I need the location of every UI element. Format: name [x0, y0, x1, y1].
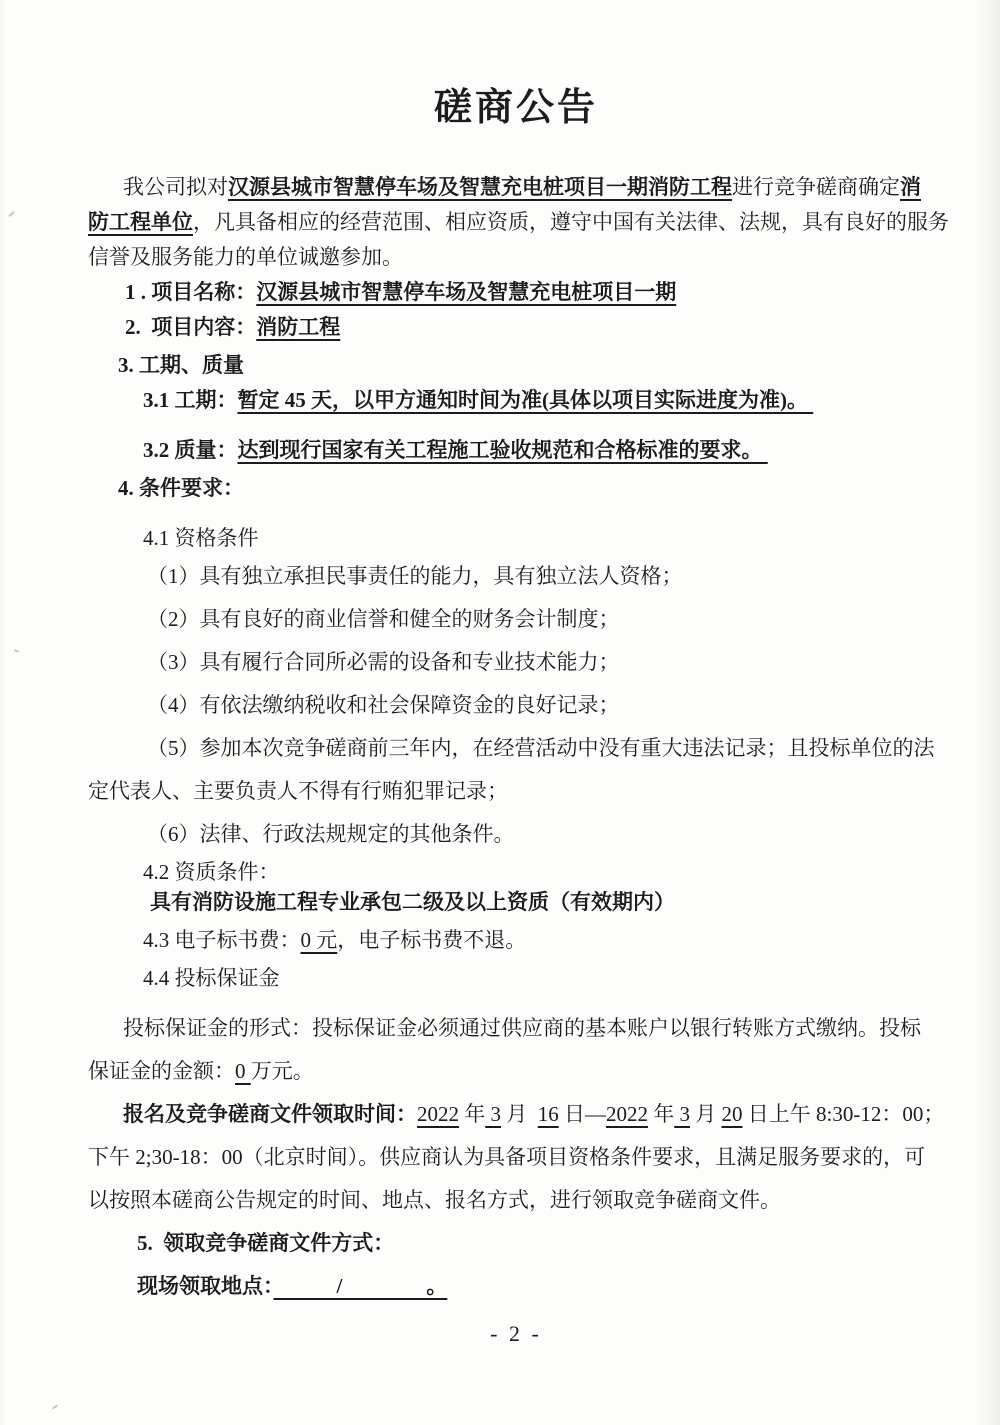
text-run: 具有消防设施工程专业承包二级及以上资质（有效期内）	[150, 890, 675, 914]
text-run: 0 元	[301, 928, 338, 952]
text-run: 消防工程	[256, 315, 340, 339]
paragraph-line: 以按照本磋商公告规定的时间、地点、报名方式，进行领取竞争磋商文件。	[88, 1185, 944, 1215]
text-run: 2022	[606, 1102, 648, 1126]
text-run: 3.1 工期：	[143, 388, 238, 412]
text-run: 3. 工期、质量	[118, 353, 244, 377]
text-run: 年	[648, 1102, 674, 1126]
text-run: 4.4 投标保证金	[143, 966, 280, 990]
text-run: 报名及竞争磋商文件领取时间：	[123, 1102, 417, 1126]
text-run: 1 . 项目名称：	[125, 280, 256, 304]
text-run: 万元。	[251, 1059, 314, 1083]
text-run: 年	[459, 1102, 485, 1126]
paragraph-line: 我公司拟对汉源县城市智慧停车场及智慧充电桩项目一期消防工程进行竞争磋商确定消	[123, 172, 944, 202]
text-run: 月	[690, 1102, 722, 1126]
text-run: 3.2 质量：	[143, 438, 238, 462]
text-run: （1）具有独立承担民事责任的能力，具有独立法人资格；	[147, 564, 683, 588]
text-run: （5）参加本次竞争磋商前三年内，在经营活动中没有重大违法记录；且投标单位的法	[147, 736, 935, 760]
text-run: 投标保证金的形式：投标保证金必须通过供应商的基本账户以银行转账方式缴纳。投标	[123, 1016, 921, 1040]
paragraph-line: 下午 2;30-18：00（北京时间）。供应商认为具备项目资格条件要求，且满足服…	[88, 1142, 944, 1172]
paragraph-line: 2. 项目内容：消防工程	[125, 312, 944, 342]
text-run: 日上午 8:30-12：00；	[743, 1102, 945, 1126]
text-run: （2）具有良好的商业信誉和健全的财务会计制度；	[147, 607, 620, 631]
text-run: 3	[674, 1102, 690, 1126]
text-run: / 。	[274, 1274, 448, 1298]
paragraph-line: 现场领取地点： / 。	[137, 1271, 944, 1301]
paragraph-line: 信誉及服务能力的单位诚邀参加。	[88, 242, 944, 272]
text-run: ，凡具备相应的经营范围、相应资质，遵守中国有关法律、法规，具有良好的服务	[193, 210, 949, 234]
text-run: 保证金的金额：	[88, 1059, 235, 1083]
text-run: 5. 领取竞争磋商文件方式：	[137, 1231, 394, 1255]
text-run: 2022	[417, 1102, 459, 1126]
document-page: 磋商公告 我公司拟对汉源县城市智慧停车场及智慧充电桩项目一期消防工程进行竞争磋商…	[0, 0, 1000, 1425]
text-run: 3	[485, 1102, 501, 1126]
text-run: 防工程单位	[88, 210, 193, 234]
text-run: 2. 项目内容：	[125, 315, 256, 339]
text-run: 暂定 45 天，以甲方通知时间为准(具体以项目实际进度为准)。	[238, 388, 814, 412]
text-run: 月	[501, 1102, 538, 1126]
text-run: 汉源县城市智慧停车场及智慧充电桩项目一期	[256, 280, 676, 304]
paragraph-line: （2）具有良好的商业信誉和健全的财务会计制度；	[147, 604, 944, 634]
document-body: 我公司拟对汉源县城市智慧停车场及智慧充电桩项目一期消防工程进行竞争磋商确定消防工…	[88, 172, 944, 1301]
paragraph-line: （6）法律、行政法规规定的其他条件。	[147, 819, 944, 849]
paragraph-line: 报名及竞争磋商文件领取时间：2022 年 3 月 16 日—2022 年 3 月…	[123, 1099, 944, 1129]
text-run: 以按照本磋商公告规定的时间、地点、报名方式，进行领取竞争磋商文件。	[88, 1188, 781, 1212]
paragraph-line: 5. 领取竞争磋商文件方式：	[137, 1228, 944, 1258]
text-run: ，电子标书费不退。	[337, 928, 526, 952]
text-run: 我公司拟对	[123, 175, 228, 199]
text-run: 下午 2;30-18：00（北京时间）。供应商认为具备项目资格条件要求，且满足服…	[88, 1145, 925, 1169]
text-run: 20	[722, 1102, 743, 1126]
paragraph-line: 保证金的金额：0 万元。	[88, 1056, 944, 1086]
text-run: 日—	[559, 1102, 606, 1126]
paragraph-line: 投标保证金的形式：投标保证金必须通过供应商的基本账户以银行转账方式缴纳。投标	[123, 1013, 944, 1043]
paragraph-line: 1 . 项目名称：汉源县城市智慧停车场及智慧充电桩项目一期	[125, 277, 944, 307]
text-run: 4.2 资质条件：	[143, 860, 280, 884]
paragraph-line: 4.3 电子标书费：0 元，电子标书费不退。	[143, 925, 944, 955]
paragraph-line: 3.1 工期：暂定 45 天，以甲方通知时间为准(具体以项目实际进度为准)。	[143, 385, 944, 415]
paragraph-line: 3. 工期、质量	[118, 350, 944, 380]
text-run: （3）具有履行合同所必需的设备和专业技术能力；	[147, 650, 620, 674]
paragraph-line: （1）具有独立承担民事责任的能力，具有独立法人资格；	[147, 561, 944, 591]
paragraph-line: 3.2 质量：达到现行国家有关工程施工验收规范和合格标准的要求。	[143, 435, 944, 465]
text-run: 定代表人、主要负责人不得有行贿犯罪记录；	[88, 779, 508, 803]
paragraph-line: （4）有依法缴纳税收和社会保障资金的良好记录；	[147, 690, 944, 720]
paragraph-line: （5）参加本次竞争磋商前三年内，在经营活动中没有重大违法记录；且投标单位的法	[147, 733, 944, 763]
text-run: （6）法律、行政法规规定的其他条件。	[147, 822, 515, 846]
paragraph-line: 4. 条件要求：	[118, 473, 944, 503]
paragraph-line: 具有消防设施工程专业承包二级及以上资质（有效期内）	[150, 887, 944, 917]
paragraph-line: 定代表人、主要负责人不得有行贿犯罪记录；	[88, 776, 944, 806]
paragraph-line: 防工程单位，凡具备相应的经营范围、相应资质，遵守中国有关法律、法规，具有良好的服…	[88, 207, 944, 237]
document-title: 磋商公告	[88, 85, 944, 132]
paragraph-line: 4.4 投标保证金	[143, 963, 944, 993]
text-run: 现场领取地点：	[137, 1274, 274, 1298]
paragraph-line: 4.2 资质条件：	[143, 857, 944, 887]
text-run: 汉源县城市智慧停车场及智慧充电桩项目一期消防工程	[228, 175, 732, 199]
paragraph-line: （3）具有履行合同所必需的设备和专业技术能力；	[147, 647, 944, 677]
text-run: 16	[538, 1102, 559, 1126]
text-run: 4.3 电子标书费：	[143, 928, 301, 952]
text-run: （4）有依法缴纳税收和社会保障资金的良好记录；	[147, 693, 620, 717]
text-run: 达到现行国家有关工程施工验收规范和合格标准的要求。	[238, 438, 768, 462]
text-run: 4.1 资格条件	[143, 526, 259, 550]
text-run: 4. 条件要求：	[118, 476, 244, 500]
page-number: - 2 -	[88, 1321, 944, 1347]
text-run: 0	[235, 1059, 251, 1083]
paragraph-line: 4.1 资格条件	[143, 523, 944, 553]
scan-artifact	[52, 1405, 58, 1410]
document-content: 磋商公告 我公司拟对汉源县城市智慧停车场及智慧充电桩项目一期消防工程进行竞争磋商…	[0, 0, 1000, 1347]
text-run: 进行竞争磋商确定	[732, 175, 900, 199]
text-run: 消	[900, 175, 921, 199]
text-run: 信誉及服务能力的单位诚邀参加。	[88, 245, 403, 269]
